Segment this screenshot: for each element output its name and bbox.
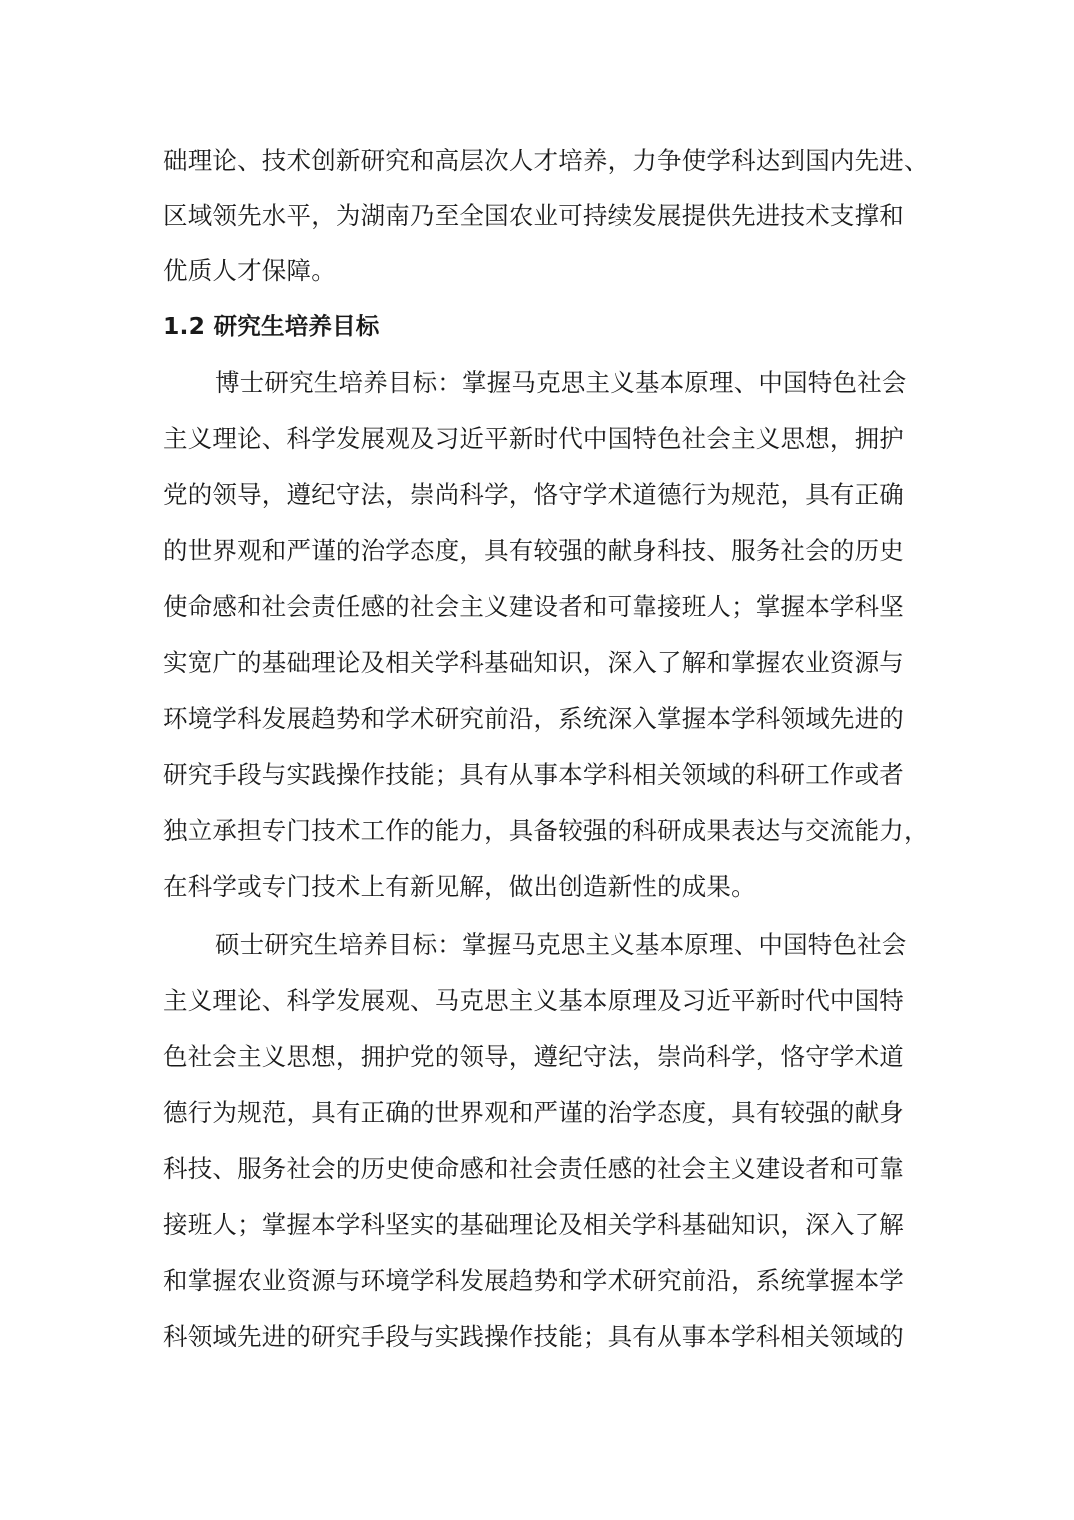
text-line: 接班人；掌握本学科坚实的基础理论及相关学科基础知识，深入了解 xyxy=(163,1210,923,1240)
text-line: 环境学科发展趋势和学术研究前沿，系统深入掌握本学科领域先进的 xyxy=(163,704,923,734)
text-line: 研究手段与实践操作技能；具有从事本学科相关领域的科研工作或者 xyxy=(163,760,923,790)
text-line: 硕士研究生培养目标：掌握马克思主义基本原理、中国特色社会 xyxy=(215,930,923,960)
text-line: 的世界观和严谨的治学态度，具有较强的献身科技、服务社会的历史 xyxy=(163,536,923,566)
text-line: 在科学或专门技术上有新见解，做出创造新性的成果。 xyxy=(163,872,923,902)
text-line: 独立承担专门技术工作的能力，具备较强的科研成果表达与交流能力， xyxy=(163,816,923,846)
text-line: 博士研究生培养目标：掌握马克思主义基本原理、中国特色社会 xyxy=(215,368,923,398)
text-line: 优质人才保障。 xyxy=(163,256,923,286)
text-line: 德行为规范，具有正确的世界观和严谨的治学态度，具有较强的献身 xyxy=(163,1098,923,1128)
text-line: 和掌握农业资源与环境学科发展趋势和学术研究前沿，系统掌握本学 xyxy=(163,1266,923,1296)
text-line: 色社会主义思想，拥护党的领导，遵纪守法，崇尚科学，恪守学术道 xyxy=(163,1042,923,1072)
document-page: 础理论、技术创新研究和高层次人才培养，力争使学科达到国内先进、 区域领先水平，为… xyxy=(0,0,1074,1520)
text-line: 础理论、技术创新研究和高层次人才培养，力争使学科达到国内先进、 xyxy=(163,146,923,176)
text-line: 实宽广的基础理论及相关学科基础知识，深入了解和掌握农业资源与 xyxy=(163,648,923,678)
section-heading: 1.2 研究生培养目标 xyxy=(163,311,923,341)
text-line: 党的领导，遵纪守法，崇尚科学，恪守学术道德行为规范，具有正确 xyxy=(163,480,923,510)
text-line: 使命感和社会责任感的社会主义建设者和可靠接班人；掌握本学科坚 xyxy=(163,592,923,622)
text-line: 区域领先水平，为湖南乃至全国农业可持续发展提供先进技术支撑和 xyxy=(163,201,923,231)
text-line: 主义理论、科学发展观及习近平新时代中国特色社会主义思想，拥护 xyxy=(163,424,923,454)
text-line: 主义理论、科学发展观、马克思主义基本原理及习近平新时代中国特 xyxy=(163,986,923,1016)
text-line: 科技、服务社会的历史使命感和社会责任感的社会主义建设者和可靠 xyxy=(163,1154,923,1184)
text-line: 科领域先进的研究手段与实践操作技能；具有从事本学科相关领域的 xyxy=(163,1322,923,1352)
